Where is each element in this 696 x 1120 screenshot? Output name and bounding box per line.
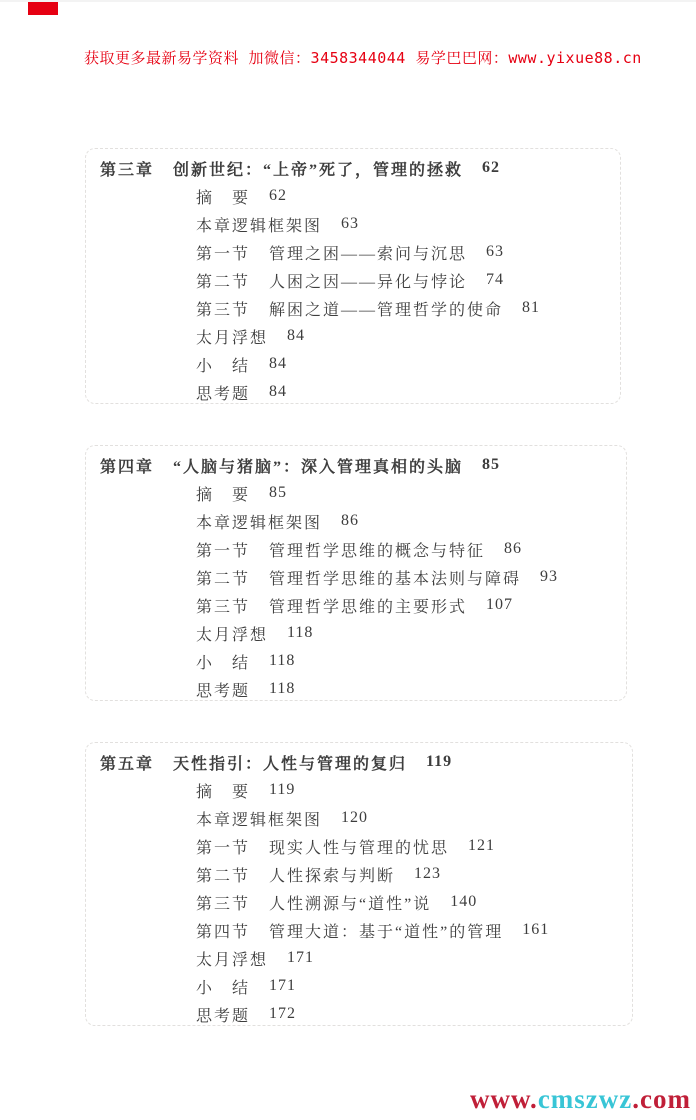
page-number: 118: [269, 680, 295, 698]
page-number: 86: [341, 512, 359, 530]
toc-item: 摘 要 119: [86, 776, 632, 804]
toc-item: 第一节 管理之困——索问与沉思 63: [86, 238, 620, 266]
toc-item: 思考题 118: [86, 675, 626, 703]
section-title: 太月浮想: [196, 947, 268, 970]
chapter-heading: 第三章 创新世纪：“上帝”死了，管理的拯救 62: [86, 154, 620, 182]
promo-watermark-header: 获取更多最新易学资料 加微信：3458344044 易学巴巴网：www.yixu…: [84, 48, 642, 68]
toc-item: 第二节 人困之因——异化与悖论 74: [86, 266, 620, 294]
toc-item: 摘 要 62: [86, 182, 620, 210]
section-title: 思考题: [196, 678, 250, 701]
site-watermark: www.cmszwz.com: [470, 1085, 691, 1113]
page-number: 84: [269, 355, 287, 373]
toc-item: 第一节 管理哲学思维的概念与特征 86: [86, 535, 626, 563]
page-number: 62: [482, 159, 500, 177]
toc-item: 本章逻辑框架图 120: [86, 804, 632, 832]
section-title: 本章逻辑框架图: [196, 213, 322, 236]
chapter-title: 创新世纪：“上帝”死了，管理的拯救: [173, 157, 463, 180]
page-number: 81: [522, 299, 540, 317]
section-title: 解困之道——管理哲学的使命: [269, 297, 503, 320]
section-title: 太月浮想: [196, 325, 268, 348]
chapter-heading: 第五章 天性指引：人性与管理的复归 119: [86, 748, 632, 776]
section-title: 管理大道：基于“道性”的管理: [269, 919, 503, 942]
section-title: 现实人性与管理的忧思: [269, 835, 449, 858]
toc-item: 第三节 管理哲学思维的主要形式 107: [86, 591, 626, 619]
page-number: 171: [269, 977, 296, 995]
toc-item: 第一节 现实人性与管理的忧思 121: [86, 832, 632, 860]
page-number: 84: [269, 383, 287, 401]
page-number: 172: [269, 1005, 296, 1023]
page-number: 63: [341, 215, 359, 233]
section-label: 第二节: [196, 269, 250, 292]
toc-item: 思考题 172: [86, 1000, 632, 1028]
watermark-middle: cmszwz: [538, 1084, 632, 1114]
chapter-label: 第五章: [100, 751, 154, 774]
toc-item: 小 结 118: [86, 647, 626, 675]
section-title: 管理之困——索问与沉思: [269, 241, 467, 264]
section-title: 小 结: [196, 650, 250, 673]
section-title: 本章逻辑框架图: [196, 807, 322, 830]
section-title: 人性溯源与“道性”说: [269, 891, 431, 914]
page-number: 119: [426, 753, 452, 771]
page-number: 118: [287, 624, 313, 642]
toc-item: 第三节 解困之道——管理哲学的使命 81: [86, 294, 620, 322]
red-corner-marker: [28, 2, 58, 15]
page-number: 120: [341, 809, 368, 827]
section-title: 人困之因——异化与悖论: [269, 269, 467, 292]
section-title: 思考题: [196, 1003, 250, 1026]
page-number: 161: [522, 921, 549, 939]
toc-item: 小 结 84: [86, 350, 620, 378]
page-number: 93: [540, 568, 558, 586]
toc-chapter-4-block: 第四章 “人脑与猪脑”：深入管理真相的头脑 85 摘 要 85 本章逻辑框架图 …: [85, 445, 627, 701]
toc-item: 本章逻辑框架图 63: [86, 210, 620, 238]
section-title: 管理哲学思维的概念与特征: [269, 538, 485, 561]
page-number: 84: [287, 327, 305, 345]
section-label: 第四节: [196, 919, 250, 942]
toc-item: 思考题 84: [86, 378, 620, 406]
watermark-suffix: .com: [632, 1084, 691, 1114]
toc-item: 本章逻辑框架图 86: [86, 507, 626, 535]
section-title: 摘 要: [196, 185, 250, 208]
page-number: 121: [468, 837, 495, 855]
section-title: 摘 要: [196, 482, 250, 505]
chapter-label: 第四章: [100, 454, 154, 477]
section-title: 小 结: [196, 353, 250, 376]
page-number: 123: [414, 865, 441, 883]
watermark-prefix: www.: [470, 1084, 538, 1114]
toc-chapter-3-block: 第三章 创新世纪：“上帝”死了，管理的拯救 62 摘 要 62 本章逻辑框架图 …: [85, 148, 621, 404]
toc-chapter-5-block: 第五章 天性指引：人性与管理的复归 119 摘 要 119 本章逻辑框架图 12…: [85, 742, 633, 1026]
page-number: 85: [269, 484, 287, 502]
section-label: 第二节: [196, 566, 250, 589]
toc-item: 第二节 管理哲学思维的基本法则与障碍 93: [86, 563, 626, 591]
chapter-heading: 第四章 “人脑与猪脑”：深入管理真相的头脑 85: [86, 451, 626, 479]
page-number: 62: [269, 187, 287, 205]
section-title: 管理哲学思维的基本法则与障碍: [269, 566, 521, 589]
section-title: 思考题: [196, 381, 250, 404]
page-number: 63: [486, 243, 504, 261]
toc-item: 第三节 人性溯源与“道性”说 140: [86, 888, 632, 916]
toc-item: 太月浮想 118: [86, 619, 626, 647]
toc-item: 太月浮想 84: [86, 322, 620, 350]
section-title: 管理哲学思维的主要形式: [269, 594, 467, 617]
page-number: 171: [287, 949, 314, 967]
page-number: 119: [269, 781, 295, 799]
section-label: 第一节: [196, 835, 250, 858]
toc-item: 第二节 人性探索与判断 123: [86, 860, 632, 888]
section-label: 第一节: [196, 241, 250, 264]
page-number: 140: [450, 893, 477, 911]
chapter-title: “人脑与猪脑”：深入管理真相的头脑: [173, 454, 463, 477]
toc-item: 小 结 171: [86, 972, 632, 1000]
chapter-title: 天性指引：人性与管理的复归: [173, 751, 407, 774]
page-number: 74: [486, 271, 504, 289]
toc-item: 第四节 管理大道：基于“道性”的管理 161: [86, 916, 632, 944]
section-label: 第三节: [196, 297, 250, 320]
section-label: 第三节: [196, 594, 250, 617]
chapter-label: 第三章: [100, 157, 154, 180]
section-title: 人性探索与判断: [269, 863, 395, 886]
section-title: 太月浮想: [196, 622, 268, 645]
book-toc-page: 获取更多最新易学资料 加微信：3458344044 易学巴巴网：www.yixu…: [0, 0, 696, 1120]
page-number: 85: [482, 456, 500, 474]
section-label: 第三节: [196, 891, 250, 914]
toc-item: 摘 要 85: [86, 479, 626, 507]
page-number: 118: [269, 652, 295, 670]
page-number: 107: [486, 596, 513, 614]
section-label: 第一节: [196, 538, 250, 561]
section-title: 本章逻辑框架图: [196, 510, 322, 533]
page-number: 86: [504, 540, 522, 558]
section-title: 摘 要: [196, 779, 250, 802]
toc-item: 太月浮想 171: [86, 944, 632, 972]
section-label: 第二节: [196, 863, 250, 886]
section-title: 小 结: [196, 975, 250, 998]
